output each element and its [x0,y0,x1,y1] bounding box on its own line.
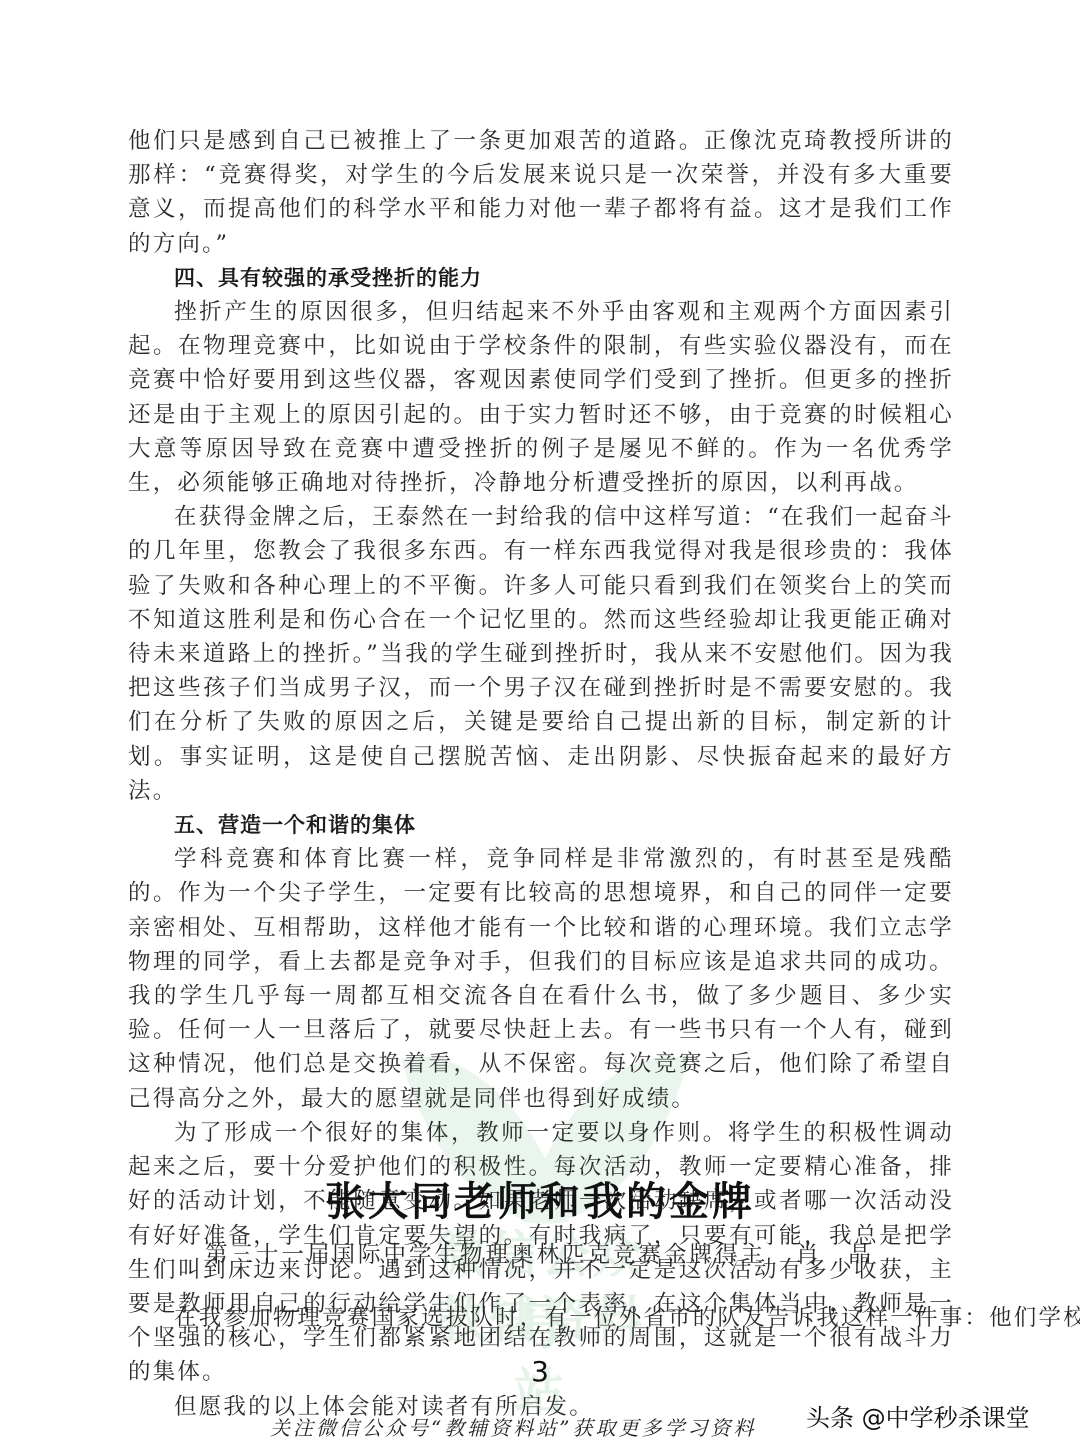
continuation-paragraph: 他们只是感到自己已被推上了一条更加艰苦的道路。正像沈克琦教授所讲的那样：“竞赛得… [128,124,954,261]
footer-note: 关注微信公众号“教辅资料站”获取更多学习资料 [270,1412,756,1441]
section-heading-4: 四、具有较强的承受挫折的能力 [128,261,954,295]
next-article-byline: 第三十一届国际中学生物理奥林匹克竞赛金牌得主肖晶 [205,1237,901,1269]
article-body: 他们只是感到自己已被推上了一条更加艰苦的道路。正像沈克琦教授所讲的那样：“竞赛得… [128,124,954,1424]
section-heading-5: 五、营造一个和谐的集体 [128,808,954,842]
source-tag[interactable]: 头条 @中学秒杀课堂 [806,1398,1030,1433]
next-article-title: 张大同老师和我的金牌 [0,1170,1080,1227]
page-number: 3 [0,1355,1080,1388]
next-article-intro: 在我参加物理竞赛国家选拔队时，有一位外省市的队友告诉我这样一件事：他们学校 [174,1300,954,1332]
byline-text: 第三十一届国际中学生物理奥林匹克竞赛金牌得主 [205,1242,766,1268]
section4-paragraph-1: 挫折产生的原因很多，但归结起来不外乎由客观和主观两个方面因素引起。在物理竞赛中，… [128,295,954,500]
section4-paragraph-2: 在获得金牌之后，王泰然在一封给我的信中这样写道：“在我们一起奋斗的几年里，您教会… [128,500,954,808]
author-name: 肖晶 [796,1242,901,1268]
section5-paragraph-1: 学科竞赛和体育比赛一样，竞争同样是非常激烈的，有时甚至是残酷的。作为一个尖子学生… [128,842,954,1116]
